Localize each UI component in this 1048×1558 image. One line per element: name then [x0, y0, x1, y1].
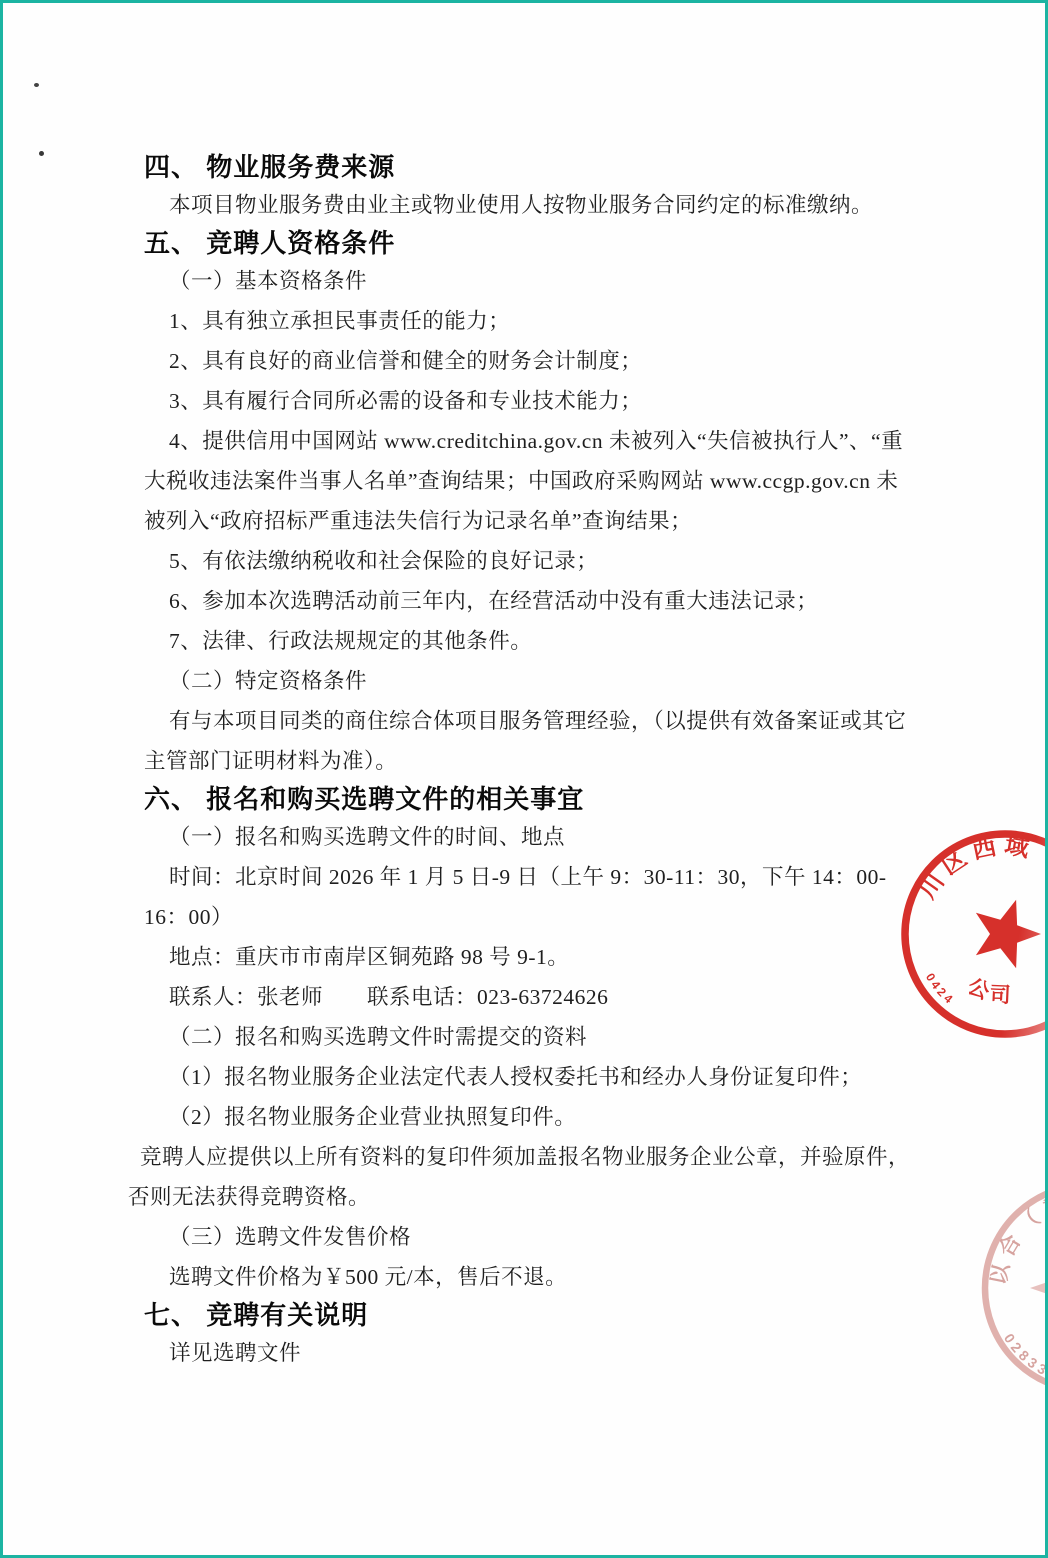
address-line: 地点：重庆市市南岸区铜苑路 98 号 9-1。 — [144, 937, 914, 977]
list-item: 6、参加本次选聘活动前三年内，在经营活动中没有重大违法记录； — [144, 581, 914, 621]
list-item: 7、法律、行政法规规定的其他条件。 — [144, 621, 914, 661]
list-item: 5、有依法缴纳税收和社会保险的良好记录； — [144, 541, 914, 581]
list-item: （1）报名物业服务企业法定代表人授权委托书和经办人身份证复印件； — [144, 1057, 914, 1097]
svg-text:以合（重: 以合（重 — [987, 1188, 1048, 1287]
seal-ring — [905, 834, 1048, 1034]
seal-ring — [985, 1185, 1048, 1391]
seal-serial-number: 02833 — [1001, 1331, 1048, 1380]
svg-text:公司: 公司 — [964, 975, 1015, 1008]
list-item: （二）报名和购买选聘文件时需提交的资料 — [144, 1017, 914, 1057]
paragraph: 有与本项目同类的商住综合体项目服务管理经验，（以提供有效备案证或其它主管部门证明… — [144, 701, 914, 781]
scan-speck — [34, 83, 39, 87]
paragraph: 竞聘人应提供以上所有资料的复印件须加盖报名物业服务企业公章，并验原件，否则无法获… — [128, 1137, 914, 1217]
seal-arc-text: 川区西域 — [914, 832, 1037, 904]
list-item: （二）特定资格条件 — [144, 661, 914, 701]
document-body: 四、 物业服务费来源 本项目物业服务费由业主或物业使用人按物业服务合同约定的标准… — [144, 149, 914, 1373]
list-item: 3、具有履行合同所必需的设备和专业技术能力； — [144, 381, 914, 421]
scan-speck — [39, 151, 44, 156]
section-heading-six: 六、 报名和购买选聘文件的相关事宜 — [144, 781, 914, 817]
official-seal-stamp-lower: 以合（重 02833 — [968, 1168, 1048, 1408]
section-heading-five: 五、 竞聘人资格条件 — [144, 225, 914, 261]
list-item: （一）报名和购买选聘文件的时间、地点 — [144, 817, 914, 857]
scanned-document-page: 四、 物业服务费来源 本项目物业服务费由业主或物业使用人按物业服务合同约定的标准… — [0, 0, 1048, 1558]
svg-text:川区西域: 川区西域 — [914, 832, 1037, 904]
seal-star-icon — [1030, 1233, 1048, 1343]
svg-text:0424: 0424 — [923, 971, 958, 1008]
paragraph: 详见选聘文件 — [144, 1333, 914, 1373]
seal-arc-text: 以合（重 — [987, 1188, 1048, 1287]
list-item: 4、提供信用中国网站 www.creditchina.gov.cn 未被列入“失… — [144, 421, 914, 541]
seal-star-icon — [976, 900, 1041, 968]
section-heading-four: 四、 物业服务费来源 — [144, 149, 914, 185]
list-item: 1、具有独立承担民事责任的能力； — [144, 301, 914, 341]
price-line: 选聘文件价格为￥500 元/本，售后不退。 — [144, 1257, 914, 1297]
section-heading-seven: 七、 竞聘有关说明 — [144, 1297, 914, 1333]
svg-text:02833: 02833 — [1001, 1331, 1048, 1380]
list-item: （2）报名物业服务企业营业执照复印件。 — [144, 1097, 914, 1137]
list-item: 2、具有良好的商业信誉和健全的财务会计制度； — [144, 341, 914, 381]
list-item: （三）选聘文件发售价格 — [144, 1217, 914, 1257]
seal-bottom-text: 公司 — [964, 975, 1015, 1008]
time-line: 时间：北京时间 2026 年 1 月 5 日-9 日（上午 9：30-11：30… — [144, 857, 914, 937]
contact-line: 联系人：张老师 联系电话：023-63724626 — [144, 977, 914, 1017]
seal-serial-number: 0424 — [923, 971, 958, 1008]
paragraph: 本项目物业服务费由业主或物业使用人按物业服务合同约定的标准缴纳。 — [144, 185, 914, 225]
list-item: （一）基本资格条件 — [144, 261, 914, 301]
